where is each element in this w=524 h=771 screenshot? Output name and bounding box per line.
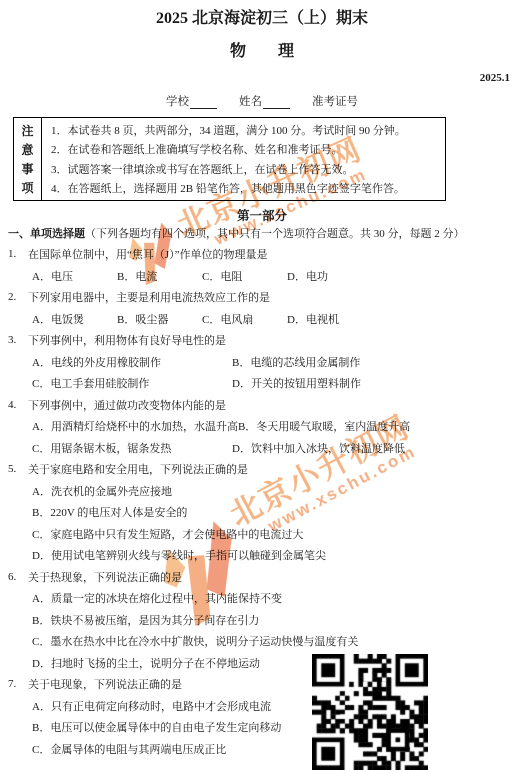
exam-paper-page: 2025 北京海淀初三（上）期末 物 理 2025.1 学校姓名准考证号 注意事…: [0, 0, 524, 771]
answer-option: C．金属导体的电阻与其两端电压成正比: [32, 741, 226, 757]
answer-option: C．电阻: [202, 268, 287, 284]
notice-side-label: 注意事项: [14, 118, 42, 200]
answer-option: D．扫地时飞扬的尘土，说明分子在不停地运动: [32, 655, 260, 671]
answer-option: D．饮料中加入冰块，饮料温度降低: [232, 440, 432, 456]
question-stem: 7.关于电现象，下列说法正确的是: [8, 674, 518, 696]
option-row: B．220V 的电压对人体是安全的: [8, 502, 518, 524]
notice-side-char: 注: [21, 122, 33, 139]
notice-side-char: 事: [21, 160, 33, 177]
header-field: 姓名: [239, 93, 290, 109]
answer-option: A．质量一定的冰块在熔化过程中，其内能保持不变: [32, 590, 282, 606]
question-body: 一、单项选择题（下列各题均有四个选项，其中只有一个选项符合题意。共 30 分，每…: [8, 222, 518, 760]
question-stem: 1.在国际单位制中，用“焦耳（J）”作单位的物理量是: [8, 244, 518, 266]
option-row: C．电工手套用硅胶制作D．开关的按钮用塑料制作: [8, 373, 518, 395]
answer-option: D．使用试电笔辨别火线与零线时，手指可以触碰到金属笔尖: [32, 547, 326, 563]
question-stem: 5.关于家庭电路和安全用电，下列说法正确的是: [8, 459, 518, 481]
option-row: D．使用试电笔辨别火线与零线时，手指可以触碰到金属笔尖: [8, 545, 518, 567]
option-row: A．洗衣机的金属外壳应接地: [8, 480, 518, 502]
answer-option: B．电缆的芯线用金属制作: [232, 354, 432, 370]
header-field: 学校: [166, 93, 217, 109]
notice-box: 注意事项 1．本试卷共 8 页，共两部分，34 道题，满分 100 分。考试时间…: [13, 117, 446, 201]
option-row: C．金属导体的电阻与其两端电压成正比: [8, 738, 518, 760]
question-text: 关于热现象，下列说法正确的是: [28, 569, 182, 585]
question-number: 2.: [8, 291, 28, 303]
question-number: 5.: [8, 463, 28, 475]
question-number: 7.: [8, 678, 28, 690]
answer-option: C．用锯条锯木板，锯条发热: [32, 440, 232, 456]
answer-option: C．家庭电路中只有发生短路，才会使电路中的电流过大: [32, 526, 303, 542]
question-number: 3.: [8, 334, 28, 346]
answer-option: C．电风扇: [202, 311, 287, 327]
answer-option: A．只有正电荷定向移动时，电路中才会形成电流: [32, 698, 271, 714]
section-title: 一、单项选择题: [8, 225, 85, 241]
section-instructions: （下列各题均有四个选项，其中只有一个选项符合题意。共 30 分，每题 2 分）: [85, 225, 465, 241]
notice-side-char: 意: [21, 141, 33, 158]
field-label: 学校: [166, 93, 189, 109]
subject-title: 物 理: [0, 38, 524, 61]
answer-option: D．电视机: [287, 311, 372, 327]
field-label: 准考证号: [312, 93, 358, 109]
answer-option: B．铁块不易被压缩，是因为其分子间存在引力: [32, 612, 259, 628]
header-field: 准考证号: [312, 93, 358, 109]
question-text: 关于电现象，下列说法正确的是: [28, 676, 182, 692]
answer-option: B．电流: [117, 268, 202, 284]
section-heading: 一、单项选择题（下列各题均有四个选项，其中只有一个选项符合题意。共 30 分，每…: [8, 222, 518, 244]
page-title: 2025 北京海淀初三（上）期末: [0, 5, 524, 28]
question-stem: 4.下列事例中，通过做功改变物体内能的是: [8, 394, 518, 416]
option-row: A．电压B．电流C．电阻D．电功: [8, 265, 518, 287]
question-text: 下列事例中，通过做功改变物体内能的是: [28, 397, 226, 413]
question-stem: 3.下列事例中，利用物体有良好导电性的是: [8, 330, 518, 352]
answer-option: A．洗衣机的金属外壳应接地: [32, 483, 172, 499]
answer-option: C．电工手套用硅胶制作: [32, 375, 232, 391]
blank-line: [263, 96, 290, 109]
option-row: C．家庭电路中只有发生短路，才会使电路中的电流过大: [8, 523, 518, 545]
answer-option: D．电功: [287, 268, 372, 284]
answer-option: B．220V 的电压对人体是安全的: [32, 504, 187, 520]
field-label: 姓名: [239, 93, 262, 109]
option-row: B．电压可以使金属导体中的自由电子发生定向移动: [8, 717, 518, 739]
notice-item: 4．在答题纸上，选择题用 2B 铅笔作答，其他题用黑色字迹签字笔作答。: [51, 180, 445, 196]
question-number: 1.: [8, 248, 28, 260]
qr-code-image: [312, 654, 428, 770]
option-row: A．只有正电荷定向移动时，电路中才会形成电流: [8, 695, 518, 717]
option-row: A．电饭煲B．吸尘器C．电风扇D．电视机: [8, 308, 518, 330]
notice-items: 1．本试卷共 8 页，共两部分，34 道题，满分 100 分。考试时间 90 分…: [42, 118, 445, 200]
exam-date: 2025.1: [480, 72, 510, 84]
notice-item: 2．在试卷和答题纸上准确填写学校名称、姓名和准考证号。: [51, 141, 445, 157]
blank-line: [190, 96, 217, 109]
question-stem: 6.关于热现象，下列说法正确的是: [8, 566, 518, 588]
notice-item: 3．试题答案一律填涂或书写在答题纸上，在试卷上作答无效。: [51, 161, 445, 177]
answer-option: B．冬天用暖气取暖，室内温度升高: [238, 418, 438, 434]
answer-option: B．吸尘器: [117, 311, 202, 327]
question-stem: 2.下列家用电器中，主要是利用电流热效应工作的是: [8, 287, 518, 309]
question-text: 下列事例中，利用物体有良好导电性的是: [28, 332, 226, 348]
questions-list: 1.在国际单位制中，用“焦耳（J）”作单位的物理量是A．电压B．电流C．电阻D．…: [8, 244, 518, 760]
question-text: 关于家庭电路和安全用电，下列说法正确的是: [28, 461, 248, 477]
option-row: C．墨水在热水中比在冷水中扩散快，说明分子运动快慢与温度有关: [8, 631, 518, 653]
question-number: 4.: [8, 399, 28, 411]
notice-item: 1．本试卷共 8 页，共两部分，34 道题，满分 100 分。考试时间 90 分…: [51, 122, 445, 138]
notice-side-char: 项: [21, 179, 33, 196]
header-fields: 学校姓名准考证号: [0, 93, 524, 109]
option-row: A．电线的外皮用橡胶制作B．电缆的芯线用金属制作: [8, 351, 518, 373]
answer-option: C．墨水在热水中比在冷水中扩散快，说明分子运动快慢与温度有关: [32, 633, 358, 649]
answer-option: A．用酒精灯给烧杯中的水加热，水温升高: [32, 418, 238, 434]
option-row: B．铁块不易被压缩，是因为其分子间存在引力: [8, 609, 518, 631]
question-number: 6.: [8, 571, 28, 583]
answer-option: A．电线的外皮用橡胶制作: [32, 354, 232, 370]
answer-option: B．电压可以使金属导体中的自由电子发生定向移动: [32, 719, 281, 735]
option-row: A．质量一定的冰块在熔化过程中，其内能保持不变: [8, 588, 518, 610]
answer-option: D．开关的按钮用塑料制作: [232, 375, 432, 391]
option-row: A．用酒精灯给烧杯中的水加热，水温升高B．冬天用暖气取暖，室内温度升高: [8, 416, 518, 438]
answer-option: A．电饭煲: [32, 311, 117, 327]
option-row: D．扫地时飞扬的尘土，说明分子在不停地运动: [8, 652, 518, 674]
answer-option: A．电压: [32, 268, 117, 284]
option-row: C．用锯条锯木板，锯条发热D．饮料中加入冰块，饮料温度降低: [8, 437, 518, 459]
question-text: 在国际单位制中，用“焦耳（J）”作单位的物理量是: [28, 246, 268, 262]
question-text: 下列家用电器中，主要是利用电流热效应工作的是: [28, 289, 270, 305]
